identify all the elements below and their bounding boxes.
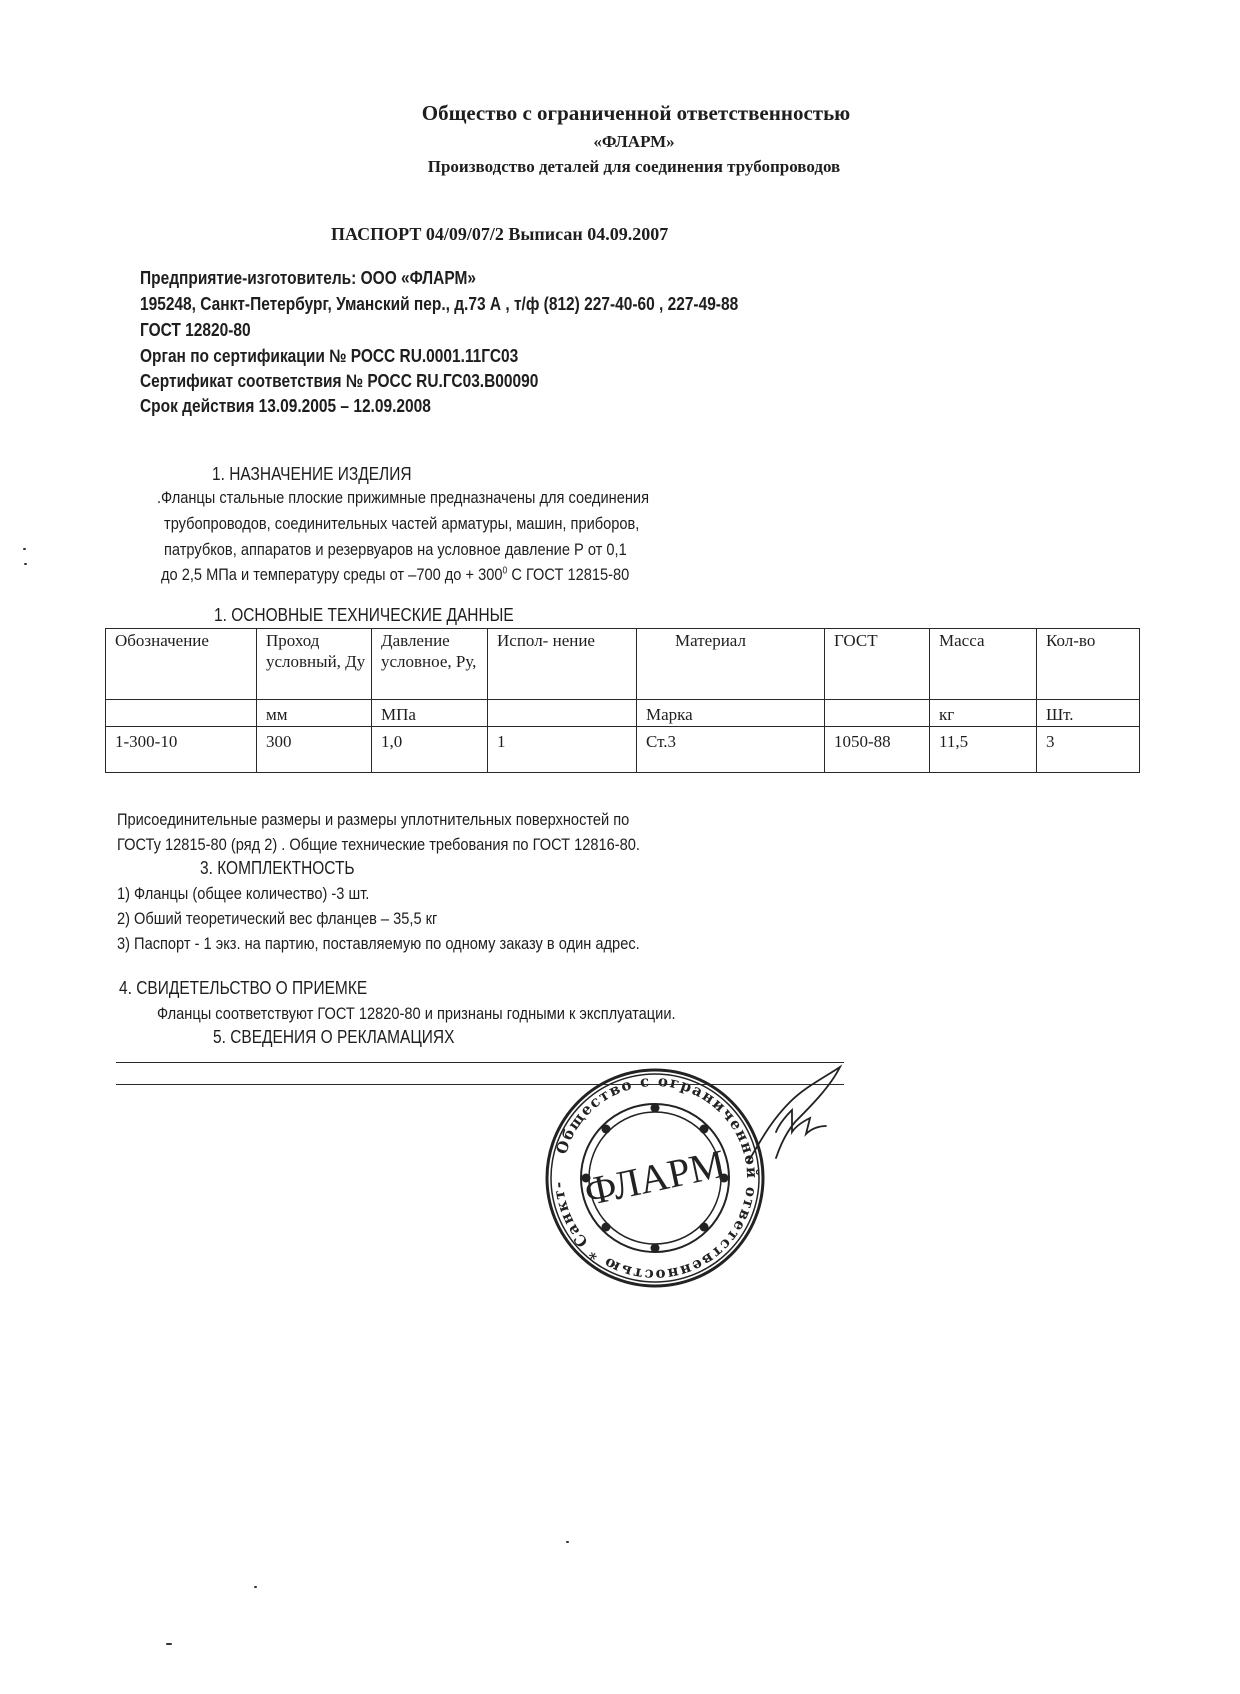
- seal-center-text: ФЛАРМ: [581, 1141, 730, 1215]
- completeness-item: 3) Паспорт - 1 экз. на партию, поставляе…: [117, 934, 640, 954]
- unit-cell: мм: [257, 700, 372, 727]
- col-header: ГОСТ: [825, 629, 930, 700]
- table-row: 1-300-10 300 1,0 1 Ст.3 1050-88 11,5 3: [106, 727, 1140, 773]
- section-1-heading: 1. НАЗНАЧЕНИЕ ИЗДЕЛИЯ: [212, 464, 412, 485]
- cell-gost: 1050-88: [825, 727, 930, 773]
- cell-version: 1: [488, 727, 637, 773]
- section-3-heading: 3. КОМПЛЕКТНОСТЬ: [200, 858, 355, 879]
- cell-mass: 11,5: [930, 727, 1037, 773]
- scan-speck: [254, 1586, 257, 1588]
- col-header: Масса: [930, 629, 1037, 700]
- section-1-line: патрубков, аппаратов и резервуаров на ус…: [164, 540, 627, 560]
- scan-speck: [24, 563, 27, 565]
- connection-note: ГОСТу 12815-80 (ряд 2) . Общие техническ…: [117, 835, 640, 855]
- passport-title: ПАСПОРТ 04/09/07/2 Выписан 04.09.2007: [331, 224, 668, 245]
- col-header: Кол-во: [1037, 629, 1140, 700]
- unit-cell: [825, 700, 930, 727]
- section-2-heading: 1. ОСНОВНЫЕ ТЕХНИЧЕСКИЕ ДАННЫЕ: [214, 605, 514, 626]
- section-4-heading: 4. СВИДЕТЕЛЬСТВО О ПРИЕМКЕ: [119, 978, 367, 999]
- certification-body: Орган по сертификации № РОСС RU.0001.11Г…: [140, 346, 518, 367]
- org-name: «ФЛАРМ»: [0, 132, 1240, 152]
- certificate-number: Сертификат соответствия № РОСС RU.ГС03.В…: [140, 371, 538, 392]
- unit-cell: Шт.: [1037, 700, 1140, 727]
- col-header: Обозначение: [106, 629, 257, 700]
- completeness-item: 1) Фланцы (общее количество) -3 шт.: [117, 884, 369, 904]
- manufacturer-address: 195248, Санкт-Петербург, Уманский пер., …: [140, 294, 738, 315]
- cell-quantity: 3: [1037, 727, 1140, 773]
- unit-cell: [488, 700, 637, 727]
- cell-designation: 1-300-10: [106, 727, 257, 773]
- unit-cell: МПа: [372, 700, 488, 727]
- section-5-heading: 5. СВЕДЕНИЯ О РЕКЛАМАЦИЯХ: [213, 1027, 454, 1048]
- col-header: Давление условное, Ру,: [372, 629, 488, 700]
- unit-cell: Марка: [637, 700, 825, 727]
- table-header-row: Обозначение Проход условный, Ду Давление…: [106, 629, 1140, 700]
- section-1-line: до 2,5 МПа и температуру среды от –700 д…: [161, 565, 629, 585]
- connection-note: Присоединительные размеры и размеры упло…: [117, 810, 629, 830]
- col-header: Испол- нение: [488, 629, 637, 700]
- completeness-item: 2) Обший теоретический вес фланцев – 35,…: [117, 909, 437, 929]
- manufacturer-name: Предприятие-изготовитель: ООО «ФЛАРМ»: [140, 268, 476, 289]
- manufacturer-gost: ГОСТ 12820-80: [140, 320, 251, 341]
- unit-cell: кг: [930, 700, 1037, 727]
- signature-icon: [740, 1062, 850, 1172]
- org-legal-form: Общество с ограниченной ответственностью: [0, 101, 1240, 126]
- scan-speck: [23, 548, 26, 550]
- unit-cell: [106, 700, 257, 727]
- acceptance-text: Фланцы соответствуют ГОСТ 12820-80 и при…: [157, 1004, 676, 1024]
- scan-speck: [566, 1541, 569, 1543]
- table-units-row: мм МПа Марка кг Шт.: [106, 700, 1140, 727]
- section-1-line: .Фланцы стальные плоские прижимные предн…: [157, 488, 649, 508]
- cell-pressure: 1,0: [372, 727, 488, 773]
- cell-nominal-bore: 300: [257, 727, 372, 773]
- validity-period: Срок действия 13.09.2005 – 12.09.2008: [140, 396, 431, 417]
- col-header: Материал: [637, 629, 825, 700]
- cell-material: Ст.3: [637, 727, 825, 773]
- technical-data-table: Обозначение Проход условный, Ду Давление…: [105, 628, 1140, 773]
- org-activity: Производство деталей для соединения труб…: [0, 157, 1240, 177]
- col-header: Проход условный, Ду: [257, 629, 372, 700]
- section-1-line: трубопроводов, соединительных частей арм…: [164, 514, 639, 534]
- company-seal-icon: Общество с ограниченной ответственностью…: [540, 1063, 770, 1293]
- scan-speck: [166, 1643, 172, 1645]
